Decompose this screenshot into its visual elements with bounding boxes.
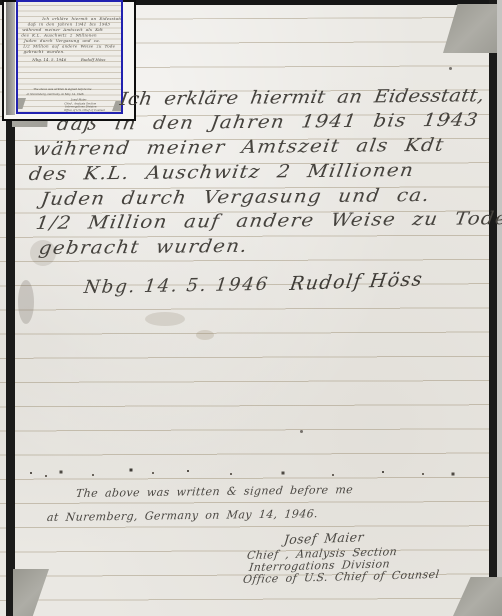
speck-row bbox=[30, 472, 32, 474]
scan-edge-right bbox=[497, 0, 502, 616]
stain bbox=[18, 280, 34, 324]
ink-dot bbox=[300, 430, 303, 433]
affidavit-line: Ich erkläre hiermit an Eidesstatt, bbox=[118, 85, 485, 110]
thumbnail-inset[interactable]: Ich erkläre hiermit an Eidesstatt, daß i… bbox=[2, 0, 136, 121]
stain bbox=[145, 312, 185, 326]
mini-date-place: Nbg. 14. 5. 1946 bbox=[32, 57, 66, 62]
thumbnail-scan-edge bbox=[6, 2, 15, 115]
affidavit-line: Juden durch Vergasung und ca. bbox=[39, 185, 431, 210]
mini-hoess-signature: Rudolf Höss bbox=[81, 57, 106, 62]
ink-dot bbox=[449, 67, 452, 70]
mini-document: Ich erkläre hiermit an Eidesstatt, daß i… bbox=[20, 2, 122, 113]
affidavit-line: während meiner Amtszeit als Kdt bbox=[31, 135, 446, 160]
witness-signature: Josef Maier bbox=[283, 529, 365, 547]
thumbnail-highlight-box: Ich erkläre hiermit an Eidesstatt, daß i… bbox=[16, 0, 123, 114]
scan-border-right bbox=[489, 0, 497, 616]
date-place: Nbg. 14. 5. 1946 bbox=[83, 274, 271, 298]
affidavit-line: des K.L. Auschwitz 2 Millionen bbox=[27, 160, 415, 185]
stain bbox=[196, 330, 214, 340]
affidavit-scan-page: Ich erkläre hiermit an Eidesstatt, daß i… bbox=[0, 0, 502, 616]
affidavit-line: gebracht wurden. bbox=[37, 236, 249, 259]
mini-line: gebracht wurden. bbox=[24, 49, 123, 55]
